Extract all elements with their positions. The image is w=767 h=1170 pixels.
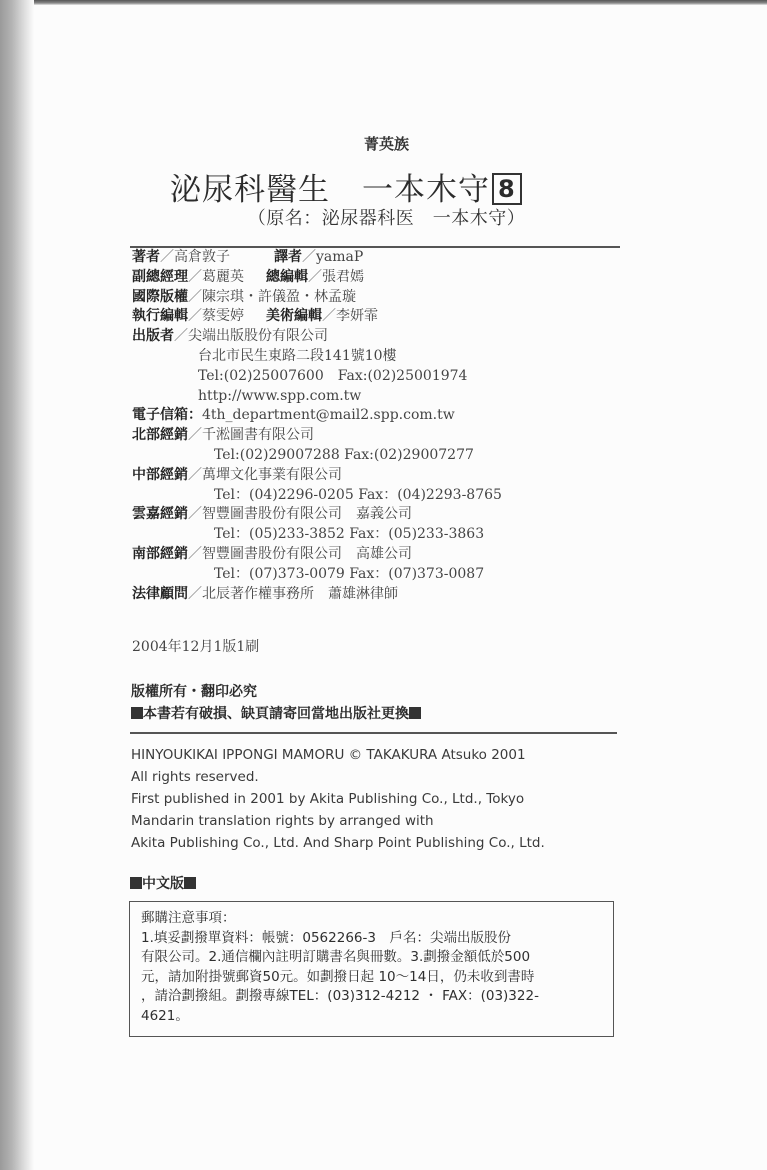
credit-row-central-distributor: 中部經銷／萬墠文化事業有限公司 — [132, 466, 502, 486]
series-name: 菁英族 — [0, 133, 767, 154]
damage-return-line: 本書若有破損、缺頁請寄回當地出版社更換 — [131, 703, 421, 725]
publisher-website-link: http://www.spp.com.tw — [132, 387, 502, 407]
credit-row-north-distributor: 北部經銷／千淞圖書有限公司 — [132, 426, 502, 446]
credit-row-email: 電子信箱：4th_department@mail2.spp.com.tw — [132, 406, 502, 426]
credit-row-south-distributor: 南部經銷／智豐圖書股份有限公司 高雄公司 — [132, 545, 502, 565]
book-title-part2: 一本木守 — [362, 172, 490, 208]
credit-row-yunchia-distributor: 雲嘉經銷／智豐圖書股份有限公司 嘉義公司 — [132, 505, 502, 525]
book-title-part1: 泌尿科醫生 — [170, 172, 330, 208]
credit-row-management: 副總經理／葛麗英總編輯／張君嫣 — [132, 268, 502, 288]
publisher-tel-fax: Tel:(02)25007600 Fax:(02)25001974 — [132, 367, 502, 387]
original-title: （原名：泌尿器科医 一本木守） — [0, 204, 767, 230]
divider-middle — [130, 732, 617, 734]
page-binding-shadow — [0, 0, 34, 1170]
south-distributor-tel-fax: Tel：(07)373-0079 Fax：(07)373-0087 — [132, 565, 502, 585]
edition-label: 中文版 — [130, 873, 196, 893]
page-top-edge-shadow — [0, 0, 767, 5]
credit-row-legal: 法律顧問／北辰著作權事務所 蕭雄淋律師 — [132, 585, 502, 605]
volume-number-badge: 8 — [492, 173, 522, 205]
credit-row-publisher: 出版者／尖端出版股份有限公司 — [132, 327, 502, 347]
rights-notice: 版權所有・翻印必究 本書若有破損、缺頁請寄回當地出版社更換 — [131, 681, 421, 725]
english-copyright: HINYOUKIKAI IPPONGI MAMORU © TAKAKURA At… — [131, 744, 545, 854]
credit-row-intl-rights: 國際版權／陳宗琪・許儀盈・林孟璇 — [132, 288, 502, 308]
credits-block: 著者／高倉敦子譯者／yamaP 副總經理／葛麗英總編輯／張君嫣 國際版權／陳宗琪… — [132, 248, 502, 604]
publisher-address: 台北市民生東路二段141號10樓 — [132, 347, 502, 367]
print-date: 2004年12月1版1刷 — [132, 636, 259, 656]
colophon-page: 菁英族 泌尿科醫生一本木守8 （原名：泌尿器科医 一本木守） 著者／高倉敦子譯者… — [0, 0, 767, 1170]
mail-order-notice-box: 郵購注意事項： 1.填妥劃撥單資料：帳號：0562266-3 戶名：尖端出版股份… — [129, 901, 614, 1037]
credit-row-author: 著者／高倉敦子譯者／yamaP — [132, 248, 502, 268]
rights-reserved-line: 版權所有・翻印必究 — [131, 681, 421, 703]
north-distributor-tel-fax: Tel:(02)29007288 Fax:(02)29007277 — [132, 446, 502, 466]
black-square-icon — [409, 707, 421, 719]
black-square-icon — [184, 877, 196, 889]
mail-order-heading: 郵購注意事項： — [141, 909, 605, 929]
book-title: 泌尿科醫生一本木守8 — [170, 164, 522, 209]
credit-row-editors: 執行編輯／蔡雯婷美術編輯／李妍霏 — [132, 307, 502, 327]
black-square-icon — [131, 707, 143, 719]
black-square-icon — [130, 877, 142, 889]
central-distributor-tel-fax: Tel：(04)2296-0205 Fax：(04)2293-8765 — [132, 486, 502, 506]
yunchia-distributor-tel-fax: Tel：(05)233-3852 Fax：(05)233-3863 — [132, 525, 502, 545]
